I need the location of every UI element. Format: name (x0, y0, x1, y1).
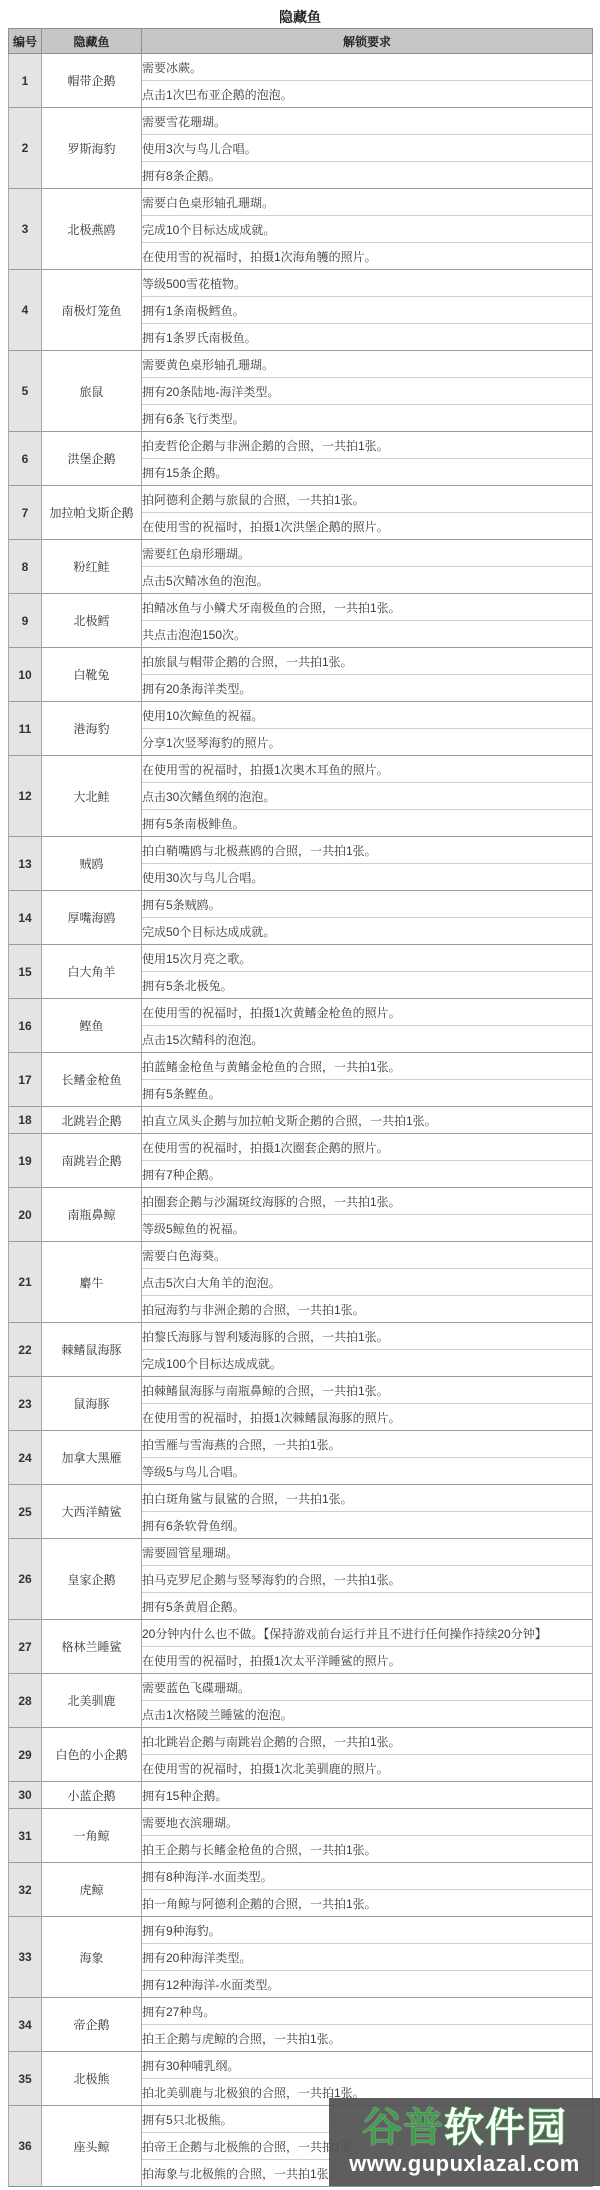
requirement-cell: 拥有5条黄眉企鹅。 (142, 1593, 593, 1620)
fish-name-cell: 大北鲑 (42, 756, 142, 837)
fish-name-cell: 粉红鲑 (42, 540, 142, 594)
table-row: 32虎鲸拥有8种海洋-水面类型。 (9, 1863, 593, 1890)
requirement-cell: 拍马克罗尼企鹅与竖琴海豹的合照，一共拍1张。 (142, 1566, 593, 1593)
requirement-cell: 在使用雪的祝福时，拍摄1次北美驯鹿的照片。 (142, 1755, 593, 1782)
table-row: 18北跳岩企鹅拍直立凤头企鹅与加拉帕戈斯企鹅的合照，一共拍1张。 (9, 1107, 593, 1134)
table-row: 3北极燕鸥需要白色桌形轴孔珊瑚。 (9, 189, 593, 216)
fish-name-cell: 帝企鹅 (42, 1998, 142, 2052)
requirement-cell: 拍黎氏海豚与智利矮海豚的合照，一共拍1张。 (142, 1323, 593, 1350)
row-number-cell: 3 (9, 189, 42, 270)
requirement-cell: 拥有5条南极鲱鱼。 (142, 810, 593, 837)
row-number-cell: 15 (9, 945, 42, 999)
fish-name-cell: 麝牛 (42, 1242, 142, 1323)
requirement-cell: 在使用雪的祝福时，拍摄1次棘鳍鼠海豚的照片。 (142, 1404, 593, 1431)
requirement-cell: 拥有8种海洋-水面类型。 (142, 1863, 593, 1890)
row-number-cell: 14 (9, 891, 42, 945)
requirement-cell: 等级500雪花植物。 (142, 270, 593, 297)
requirement-cell: 拥有1条罗氏南极鱼。 (142, 324, 593, 351)
row-number-cell: 6 (9, 432, 42, 486)
row-number-cell: 8 (9, 540, 42, 594)
requirement-cell: 拍麦哲伦企鹅与非洲企鹅的合照，一共拍1张。 (142, 432, 593, 459)
watermark-logo-green: 谷普 (362, 2106, 444, 2150)
requirement-cell: 拍阿德利企鹅与旅鼠的合照，一共拍1张。 (142, 486, 593, 513)
table-row: 29白色的小企鹅拍北跳岩企鹅与南跳岩企鹅的合照，一共拍1张。 (9, 1728, 593, 1755)
requirement-cell: 点击15次鲭科的泡泡。 (142, 1026, 593, 1053)
table-row: 17长鳍金枪鱼拍蓝鳍金枪鱼与黄鳍金枪鱼的合照，一共拍1张。 (9, 1053, 593, 1080)
row-number-cell: 23 (9, 1377, 42, 1431)
table-row: 28北美驯鹿需要蓝色飞碟珊瑚。 (9, 1674, 593, 1701)
requirement-cell: 拍鲭冰鱼与小鳞犬牙南极鱼的合照，一共拍1张。 (142, 594, 593, 621)
table-row: 6洪堡企鹅拍麦哲伦企鹅与非洲企鹅的合照，一共拍1张。 (9, 432, 593, 459)
fish-name-cell: 厚嘴海鸥 (42, 891, 142, 945)
table-body: 1帽带企鹅需要冰蕨。点击1次巴布亚企鹅的泡泡。2罗斯海豹需要雪花珊瑚。使用3次与… (9, 54, 593, 2187)
page-title: 隐藏鱼 (0, 0, 600, 28)
table-row: 2罗斯海豹需要雪花珊瑚。 (9, 108, 593, 135)
row-number-cell: 25 (9, 1485, 42, 1539)
requirement-cell: 点击5次鲭冰鱼的泡泡。 (142, 567, 593, 594)
table-row: 20南瓶鼻鲸拍圈套企鹅与沙漏斑纹海豚的合照，一共拍1张。 (9, 1188, 593, 1215)
fish-name-cell: 旅鼠 (42, 351, 142, 432)
watermark-url: www.gupuxlazal.com (349, 2151, 580, 2177)
requirement-cell: 拥有9种海豹。 (142, 1917, 593, 1944)
table-row: 22棘鳍鼠海豚拍黎氏海豚与智利矮海豚的合照，一共拍1张。 (9, 1323, 593, 1350)
requirement-cell: 等级5鲸鱼的祝福。 (142, 1215, 593, 1242)
table-row: 4南极灯笼鱼等级500雪花植物。 (9, 270, 593, 297)
requirement-cell: 拥有6条软骨鱼纲。 (142, 1512, 593, 1539)
requirement-cell: 拍棘鳍鼠海豚与南瓶鼻鲸的合照，一共拍1张。 (142, 1377, 593, 1404)
row-number-cell: 20 (9, 1188, 42, 1242)
fish-name-cell: 一角鲸 (42, 1809, 142, 1863)
requirement-cell: 拥有20条海洋类型。 (142, 675, 593, 702)
row-number-cell: 7 (9, 486, 42, 540)
row-number-cell: 27 (9, 1620, 42, 1674)
table-row: 16鲣鱼在使用雪的祝福时，拍摄1次黄鳍金枪鱼的照片。 (9, 999, 593, 1026)
row-number-cell: 5 (9, 351, 42, 432)
table-row: 1帽带企鹅需要冰蕨。 (9, 54, 593, 81)
requirement-cell: 需要白色海葵。 (142, 1242, 593, 1269)
row-number-cell: 19 (9, 1134, 42, 1188)
requirement-cell: 点击5次白大角羊的泡泡。 (142, 1269, 593, 1296)
fish-name-cell: 北极燕鸥 (42, 189, 142, 270)
requirement-cell: 拍白斑角鲨与鼠鲨的合照，一共拍1张。 (142, 1485, 593, 1512)
fish-name-cell: 加拉帕戈斯企鹅 (42, 486, 142, 540)
row-number-cell: 31 (9, 1809, 42, 1863)
fish-name-cell: 北跳岩企鹅 (42, 1107, 142, 1134)
table-row: 11港海豹使用10次鲸鱼的祝福。 (9, 702, 593, 729)
fish-name-cell: 白大角羊 (42, 945, 142, 999)
requirement-cell: 20分钟内什么也不做。【保持游戏前台运行并且不进行任何操作持续20分钟】 (142, 1620, 593, 1647)
fish-name-cell: 港海豹 (42, 702, 142, 756)
requirement-cell: 在使用雪的祝福时，拍摄1次圈套企鹅的照片。 (142, 1134, 593, 1161)
table-row: 12大北鲑在使用雪的祝福时，拍摄1次奥木耳鱼的照片。 (9, 756, 593, 783)
table-row: 21麝牛需要白色海葵。 (9, 1242, 593, 1269)
requirement-cell: 使用10次鲸鱼的祝福。 (142, 702, 593, 729)
requirement-cell: 完成100个目标达成成就。 (142, 1350, 593, 1377)
row-number-cell: 22 (9, 1323, 42, 1377)
requirement-cell: 在使用雪的祝福时，拍摄1次太平洋睡鲨的照片。 (142, 1647, 593, 1674)
requirement-cell: 使用15次月亮之歌。 (142, 945, 593, 972)
table-row: 13贼鸥拍白鞘嘴鸥与北极燕鸥的合照，一共拍1张。 (9, 837, 593, 864)
table-row: 15白大角羊使用15次月亮之歌。 (9, 945, 593, 972)
fish-name-cell: 鼠海豚 (42, 1377, 142, 1431)
header-requirements: 解锁要求 (142, 29, 593, 54)
row-number-cell: 24 (9, 1431, 42, 1485)
table-row: 5旅鼠需要黄色桌形轴孔珊瑚。 (9, 351, 593, 378)
requirement-cell: 点击1次格陵兰睡鲨的泡泡。 (142, 1701, 593, 1728)
fish-name-cell: 南跳岩企鹅 (42, 1134, 142, 1188)
table-row: 26皇家企鹅需要圆管星珊瑚。 (9, 1539, 593, 1566)
requirement-cell: 拥有15种企鹅。 (142, 1782, 593, 1809)
fish-name-cell: 南极灯笼鱼 (42, 270, 142, 351)
requirement-cell: 在使用雪的祝福时，拍摄1次海角鹱的照片。 (142, 243, 593, 270)
watermark-overlay: 谷普软件园 www.gupuxlazal.com (329, 2098, 600, 2186)
requirement-cell: 拥有20条陆地-海洋类型。 (142, 378, 593, 405)
row-number-cell: 16 (9, 999, 42, 1053)
row-number-cell: 34 (9, 1998, 42, 2052)
requirement-cell: 拥有5条北极兔。 (142, 972, 593, 999)
row-number-cell: 4 (9, 270, 42, 351)
requirement-cell: 拥有30种哺乳纲。 (142, 2052, 593, 2079)
fish-name-cell: 帽带企鹅 (42, 54, 142, 108)
fish-name-cell: 北美驯鹿 (42, 1674, 142, 1728)
requirement-cell: 等级5与鸟儿合唱。 (142, 1458, 593, 1485)
requirement-cell: 拍冠海豹与非洲企鹅的合照，一共拍1张。 (142, 1296, 593, 1323)
requirement-cell: 拍直立凤头企鹅与加拉帕戈斯企鹅的合照，一共拍1张。 (142, 1107, 593, 1134)
requirement-cell: 拥有1条南极鳕鱼。 (142, 297, 593, 324)
fish-name-cell: 北极熊 (42, 2052, 142, 2106)
fish-name-cell: 大西洋鲭鲨 (42, 1485, 142, 1539)
requirement-cell: 在使用雪的祝福时，拍摄1次黄鳍金枪鱼的照片。 (142, 999, 593, 1026)
requirement-cell: 点击1次巴布亚企鹅的泡泡。 (142, 81, 593, 108)
requirement-cell: 需要冰蕨。 (142, 54, 593, 81)
row-number-cell: 28 (9, 1674, 42, 1728)
fish-name-cell: 海象 (42, 1917, 142, 1998)
row-number-cell: 29 (9, 1728, 42, 1782)
fish-name-cell: 长鳍金枪鱼 (42, 1053, 142, 1107)
row-number-cell: 33 (9, 1917, 42, 1998)
requirement-cell: 使用30次与鸟儿合唱。 (142, 864, 593, 891)
row-number-cell: 9 (9, 594, 42, 648)
fish-name-cell: 鲣鱼 (42, 999, 142, 1053)
requirement-cell: 拥有15条企鹅。 (142, 459, 593, 486)
requirement-cell: 需要圆管星珊瑚。 (142, 1539, 593, 1566)
requirement-cell: 拍一角鲸与阿德利企鹅的合照，一共拍1张。 (142, 1890, 593, 1917)
table-row: 14厚嘴海鸥拥有5条贼鸥。 (9, 891, 593, 918)
requirement-cell: 拍旅鼠与帽带企鹅的合照，一共拍1张。 (142, 648, 593, 675)
row-number-cell: 10 (9, 648, 42, 702)
requirement-cell: 使用3次与鸟儿合唱。 (142, 135, 593, 162)
fish-name-cell: 棘鳍鼠海豚 (42, 1323, 142, 1377)
fish-name-cell: 白靴兔 (42, 648, 142, 702)
table-row: 33海象拥有9种海豹。 (9, 1917, 593, 1944)
requirement-cell: 拥有6条飞行类型。 (142, 405, 593, 432)
fish-name-cell: 南瓶鼻鲸 (42, 1188, 142, 1242)
fish-name-cell: 贼鸥 (42, 837, 142, 891)
requirement-cell: 拍雪雁与雪海燕的合照，一共拍1张。 (142, 1431, 593, 1458)
table-row: 27格林兰睡鲨20分钟内什么也不做。【保持游戏前台运行并且不进行任何操作持续20… (9, 1620, 593, 1647)
header-number: 编号 (9, 29, 42, 54)
requirement-cell: 拍蓝鳍金枪鱼与黄鳍金枪鱼的合照，一共拍1张。 (142, 1053, 593, 1080)
requirement-cell: 拥有7种企鹅。 (142, 1161, 593, 1188)
fish-name-cell: 小蓝企鹅 (42, 1782, 142, 1809)
row-number-cell: 11 (9, 702, 42, 756)
requirement-cell: 需要蓝色飞碟珊瑚。 (142, 1674, 593, 1701)
requirement-cell: 完成10个目标达成成就。 (142, 216, 593, 243)
table-row: 9北极鳕拍鲭冰鱼与小鳞犬牙南极鱼的合照，一共拍1张。 (9, 594, 593, 621)
requirement-cell: 分享1次竖琴海豹的照片。 (142, 729, 593, 756)
table-row: 25大西洋鲭鲨拍白斑角鲨与鼠鲨的合照，一共拍1张。 (9, 1485, 593, 1512)
header-fish: 隐藏鱼 (42, 29, 142, 54)
fish-name-cell: 加拿大黑雁 (42, 1431, 142, 1485)
fish-name-cell: 北极鳕 (42, 594, 142, 648)
row-number-cell: 1 (9, 54, 42, 108)
requirement-cell: 在使用雪的祝福时，拍摄1次洪堡企鹅的照片。 (142, 513, 593, 540)
requirement-cell: 点击30次鳍鱼纲的泡泡。 (142, 783, 593, 810)
requirement-cell: 拥有20种海洋类型。 (142, 1944, 593, 1971)
row-number-cell: 32 (9, 1863, 42, 1917)
requirement-cell: 共点击泡泡150次。 (142, 621, 593, 648)
requirement-cell: 拍王企鹅与长鳍金枪鱼的合照，一共拍1张。 (142, 1836, 593, 1863)
requirement-cell: 需要白色桌形轴孔珊瑚。 (142, 189, 593, 216)
table-row: 8粉红鲑需要红色扇形珊瑚。 (9, 540, 593, 567)
requirement-cell: 拥有27种鸟。 (142, 1998, 593, 2025)
fish-name-cell: 白色的小企鹅 (42, 1728, 142, 1782)
watermark-logo: 谷普软件园 (362, 2107, 567, 2149)
row-number-cell: 2 (9, 108, 42, 189)
row-number-cell: 21 (9, 1242, 42, 1323)
requirement-cell: 拍王企鹅与虎鲸的合照，一共拍1张。 (142, 2025, 593, 2052)
requirement-cell: 拍圈套企鹅与沙漏斑纹海豚的合照，一共拍1张。 (142, 1188, 593, 1215)
requirement-cell: 拥有12种海洋-水面类型。 (142, 1971, 593, 1998)
table-row: 19南跳岩企鹅在使用雪的祝福时，拍摄1次圈套企鹅的照片。 (9, 1134, 593, 1161)
table-row: 30小蓝企鹅拥有15种企鹅。 (9, 1782, 593, 1809)
fish-name-cell: 格林兰睡鲨 (42, 1620, 142, 1674)
row-number-cell: 30 (9, 1782, 42, 1809)
row-number-cell: 18 (9, 1107, 42, 1134)
fish-name-cell: 罗斯海豹 (42, 108, 142, 189)
requirement-cell: 拥有5条鲣鱼。 (142, 1080, 593, 1107)
header-row: 编号 隐藏鱼 解锁要求 (9, 29, 593, 54)
fish-name-cell: 洪堡企鹅 (42, 432, 142, 486)
row-number-cell: 13 (9, 837, 42, 891)
row-number-cell: 12 (9, 756, 42, 837)
row-number-cell: 26 (9, 1539, 42, 1620)
requirement-cell: 需要黄色桌形轴孔珊瑚。 (142, 351, 593, 378)
fish-name-cell: 皇家企鹅 (42, 1539, 142, 1620)
row-number-cell: 35 (9, 2052, 42, 2106)
table-row: 34帝企鹅拥有27种鸟。 (9, 1998, 593, 2025)
row-number-cell: 17 (9, 1053, 42, 1107)
requirement-cell: 拍白鞘嘴鸥与北极燕鸥的合照，一共拍1张。 (142, 837, 593, 864)
requirement-cell: 需要雪花珊瑚。 (142, 108, 593, 135)
hidden-fish-table: 编号 隐藏鱼 解锁要求 1帽带企鹅需要冰蕨。点击1次巴布亚企鹅的泡泡。2罗斯海豹… (8, 28, 593, 2187)
requirement-cell: 完成50个目标达成成就。 (142, 918, 593, 945)
table-row: 10白靴兔拍旅鼠与帽带企鹅的合照，一共拍1张。 (9, 648, 593, 675)
table-row: 23鼠海豚拍棘鳍鼠海豚与南瓶鼻鲸的合照，一共拍1张。 (9, 1377, 593, 1404)
table-row: 24加拿大黑雁拍雪雁与雪海燕的合照，一共拍1张。 (9, 1431, 593, 1458)
fish-name-cell: 座头鲸 (42, 2106, 142, 2187)
row-number-cell: 36 (9, 2106, 42, 2187)
fish-name-cell: 虎鲸 (42, 1863, 142, 1917)
table-row: 31一角鲸需要地衣滨珊瑚。 (9, 1809, 593, 1836)
table-row: 7加拉帕戈斯企鹅拍阿德利企鹅与旅鼠的合照，一共拍1张。 (9, 486, 593, 513)
requirement-cell: 拥有5条贼鸥。 (142, 891, 593, 918)
requirement-cell: 拥有8条企鹅。 (142, 162, 593, 189)
requirement-cell: 需要地衣滨珊瑚。 (142, 1809, 593, 1836)
requirement-cell: 拍北跳岩企鹅与南跳岩企鹅的合照，一共拍1张。 (142, 1728, 593, 1755)
table-row: 35北极熊拥有30种哺乳纲。 (9, 2052, 593, 2079)
requirement-cell: 需要红色扇形珊瑚。 (142, 540, 593, 567)
watermark-logo-white: 软件园 (444, 2106, 567, 2150)
requirement-cell: 在使用雪的祝福时，拍摄1次奥木耳鱼的照片。 (142, 756, 593, 783)
